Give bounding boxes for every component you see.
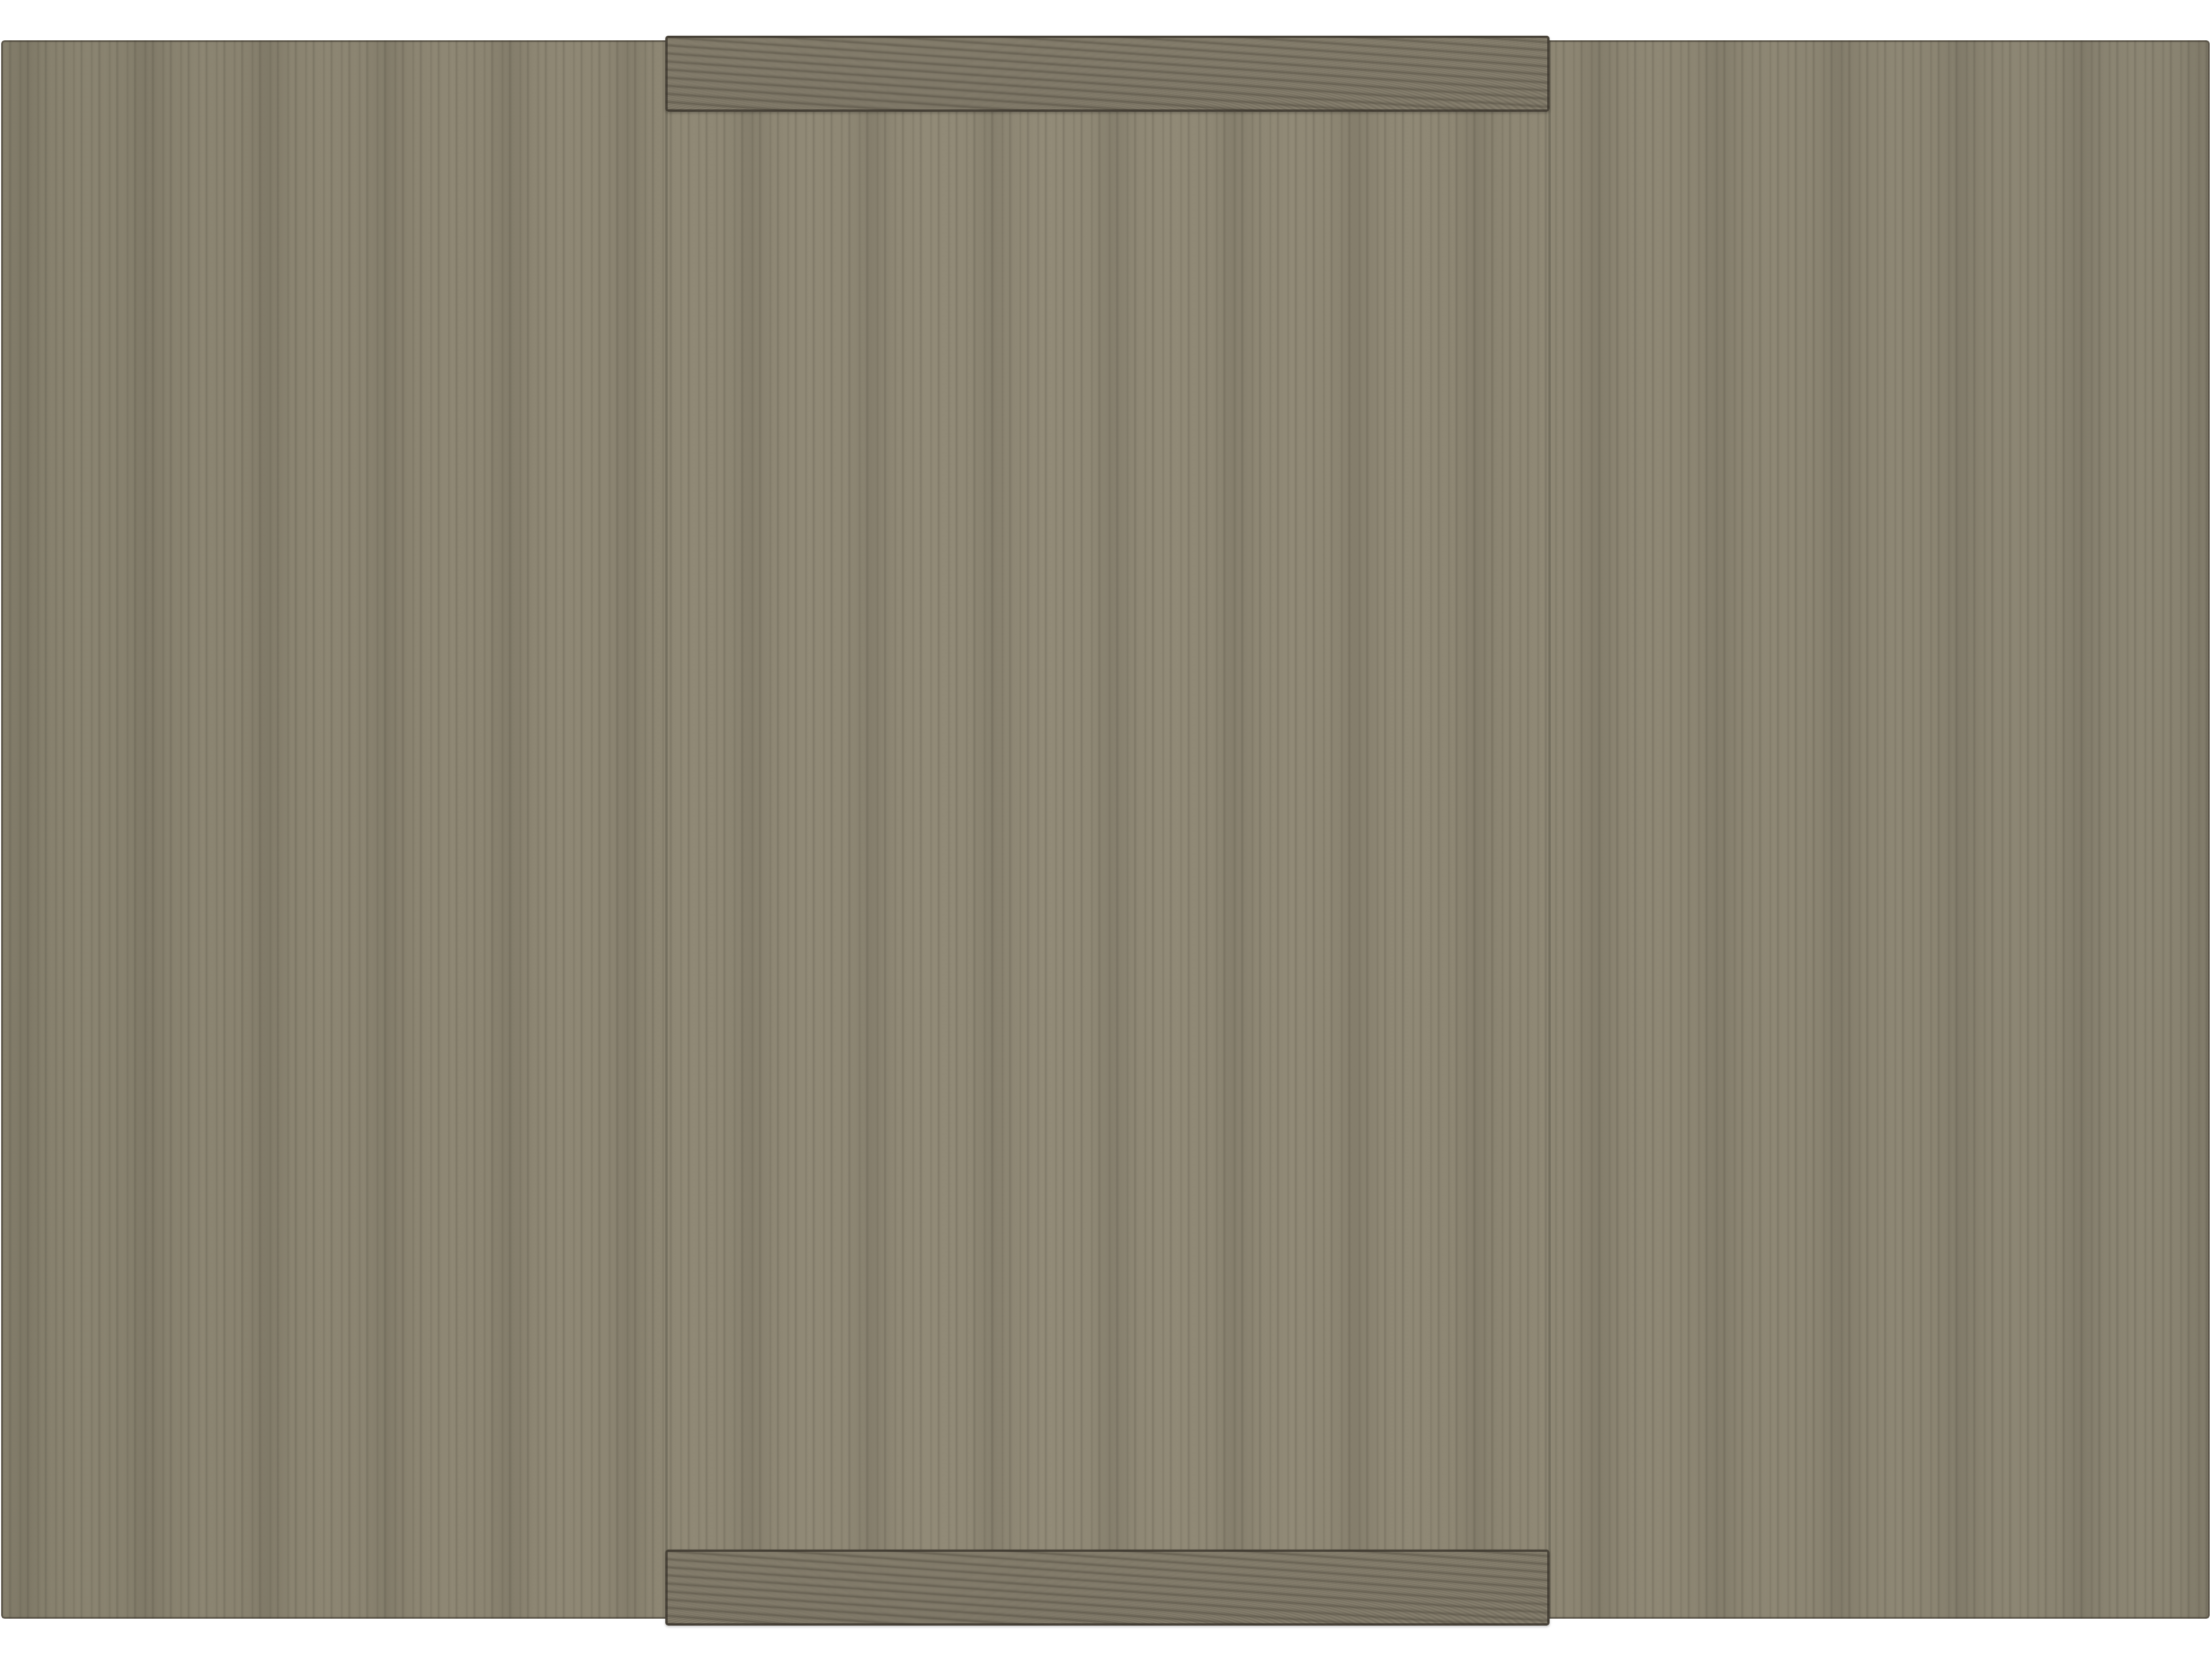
tabletop-surface bbox=[1, 40, 2210, 1619]
bottom-breadboard bbox=[665, 1550, 1550, 1626]
top-breadboard bbox=[665, 36, 1550, 112]
panel-seam-right bbox=[1548, 40, 1551, 1619]
panel-seam-left bbox=[665, 40, 668, 1619]
